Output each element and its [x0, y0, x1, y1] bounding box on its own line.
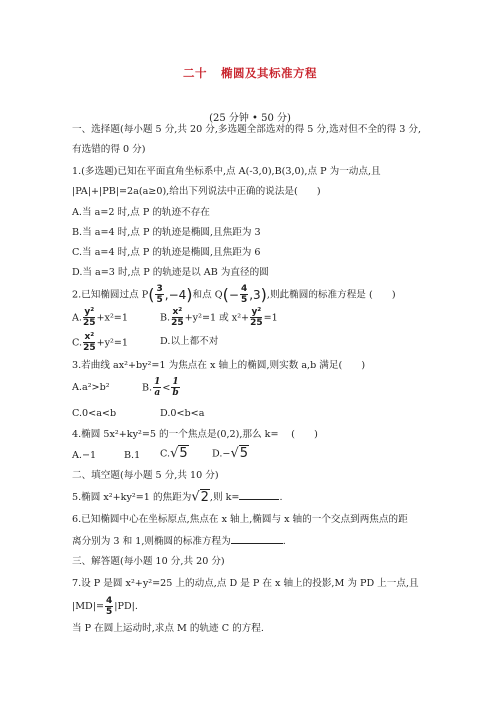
paren-open: (: [148, 285, 154, 304]
q2-option-c: C.x²25+y²=1: [72, 333, 128, 353]
fraction: x²25: [83, 333, 96, 353]
q1-stem-line2: |PA|+|PB|=2a(a≥0),给出下列说法中正确的说法是( ): [72, 185, 321, 199]
q4-option-a: A.−1: [72, 449, 96, 463]
q1-option-a: A.当 a=2 时,点 P 的轨迹不存在: [72, 206, 210, 220]
q7-stem-line1: 7.设 P 是圆 x²+y²=25 上的动点,点 D 是 P 在 x 轴上的投影…: [72, 577, 419, 591]
q2-q-y: ,3: [249, 288, 260, 302]
q3-option-b: B.1a<1b: [142, 378, 181, 398]
q2-p-y: ,−4: [165, 288, 187, 302]
section1-header-line1: 一、选择题(每小题 5 分,共 20 分,多选题全部选对的得 5 分,选对但不全…: [72, 123, 421, 137]
q2-suffix: ,则此椭圆的标准方程是 ( ): [267, 290, 396, 301]
q6-stem-line1: 6.已知椭圆中心在坐标原点,焦点在 x 轴上,椭圆与 x 轴的一个交点到两焦点的…: [72, 513, 408, 527]
q2-option-a: A.y²25+x²=1: [72, 308, 128, 328]
q3-option-d: D.0<b<a: [160, 407, 204, 421]
q2-prefix: 2.已知椭圆过点 P: [72, 290, 148, 301]
q7-stem-line2: |MD|=45|PD|.: [72, 596, 138, 618]
q6-answer-blank[interactable]: [231, 534, 283, 544]
fraction: y²25: [83, 308, 96, 328]
q6-stem-line2: 离分别为 3 和 1,则椭圆的标准方程为.: [72, 534, 286, 549]
q4-stem: 4.椭圆 5x²+ky²=5 的一个焦点是(0,2),那么 k= ( ): [72, 428, 318, 442]
q7-stem-line3: 当 P 在圆上运动时,求点 M 的轨迹 C 的方程.: [72, 622, 264, 636]
q2-q-fraction: 45: [240, 285, 248, 305]
q1-option-b: B.当 a=4 时,点 P 的轨迹是椭圆,且焦距为 3: [72, 226, 261, 240]
q4-option-d: D.−√5: [212, 447, 249, 462]
section2-header: 二、填空题(每小题 5 分,共 10 分): [72, 469, 219, 483]
q1-option-c: C.当 a=4 时,点 P 的轨迹是椭圆,且焦距为 6: [72, 246, 261, 260]
q4-option-b: B.1: [124, 449, 140, 463]
section3-header: 三、解答题(每小题 10 分,共 20 分): [72, 555, 225, 569]
section1-header-line2: 有选错的得 0 分): [72, 143, 146, 157]
sqrt: √5: [230, 445, 249, 461]
sqrt: √5: [170, 445, 189, 461]
fraction: y²25: [250, 308, 263, 328]
q3-option-a: A.a²>b²: [72, 381, 110, 395]
q5-stem: 5.椭圆 x²+ky²=1 的焦距为√2,则 k=.: [72, 490, 283, 505]
q5-answer-blank[interactable]: [239, 490, 279, 500]
q1-stem-line1: 1.(多选题)已知在平面直角坐标系中,点 A(-3,0),B(3,0),点 P …: [72, 165, 381, 179]
lesson-topic: 椭圆及其标准方程: [221, 66, 317, 80]
fraction: 1b: [171, 378, 179, 398]
q2-option-b: B.x²25+y²=1 或 x²+y²25=1: [160, 308, 278, 328]
q1-option-d: D.当 a=3 时,点 P 的轨迹是以 AB 为直径的圆: [72, 266, 269, 280]
lesson-number: 二十: [183, 66, 207, 80]
q2-stem: 2.已知椭圆过点 P(35,−4)和点 Q(−45,3),则此椭圆的标准方程是 …: [72, 282, 396, 309]
fraction: 45: [105, 597, 113, 617]
sqrt: √2: [191, 489, 210, 505]
q4-option-c: C.√5: [160, 447, 189, 462]
fraction: 1a: [153, 378, 161, 398]
q2-mid: 和点 Q: [193, 290, 223, 301]
q2-q-minus: −: [229, 288, 239, 302]
q3-stem: 3.若曲线 ax²+by²=1 为焦点在 x 轴上的椭圆,则实数 a,b 满足(…: [72, 359, 365, 373]
q2-option-d: D.以上都不对: [160, 335, 218, 349]
fraction: x²25: [171, 308, 184, 328]
lesson-title: 二十椭圆及其标准方程: [0, 65, 500, 81]
q3-option-c: C.0<a<b: [72, 407, 116, 421]
q2-p-fraction: 35: [155, 285, 163, 305]
time-score-info: (25 分钟 • 50 分): [0, 109, 500, 124]
